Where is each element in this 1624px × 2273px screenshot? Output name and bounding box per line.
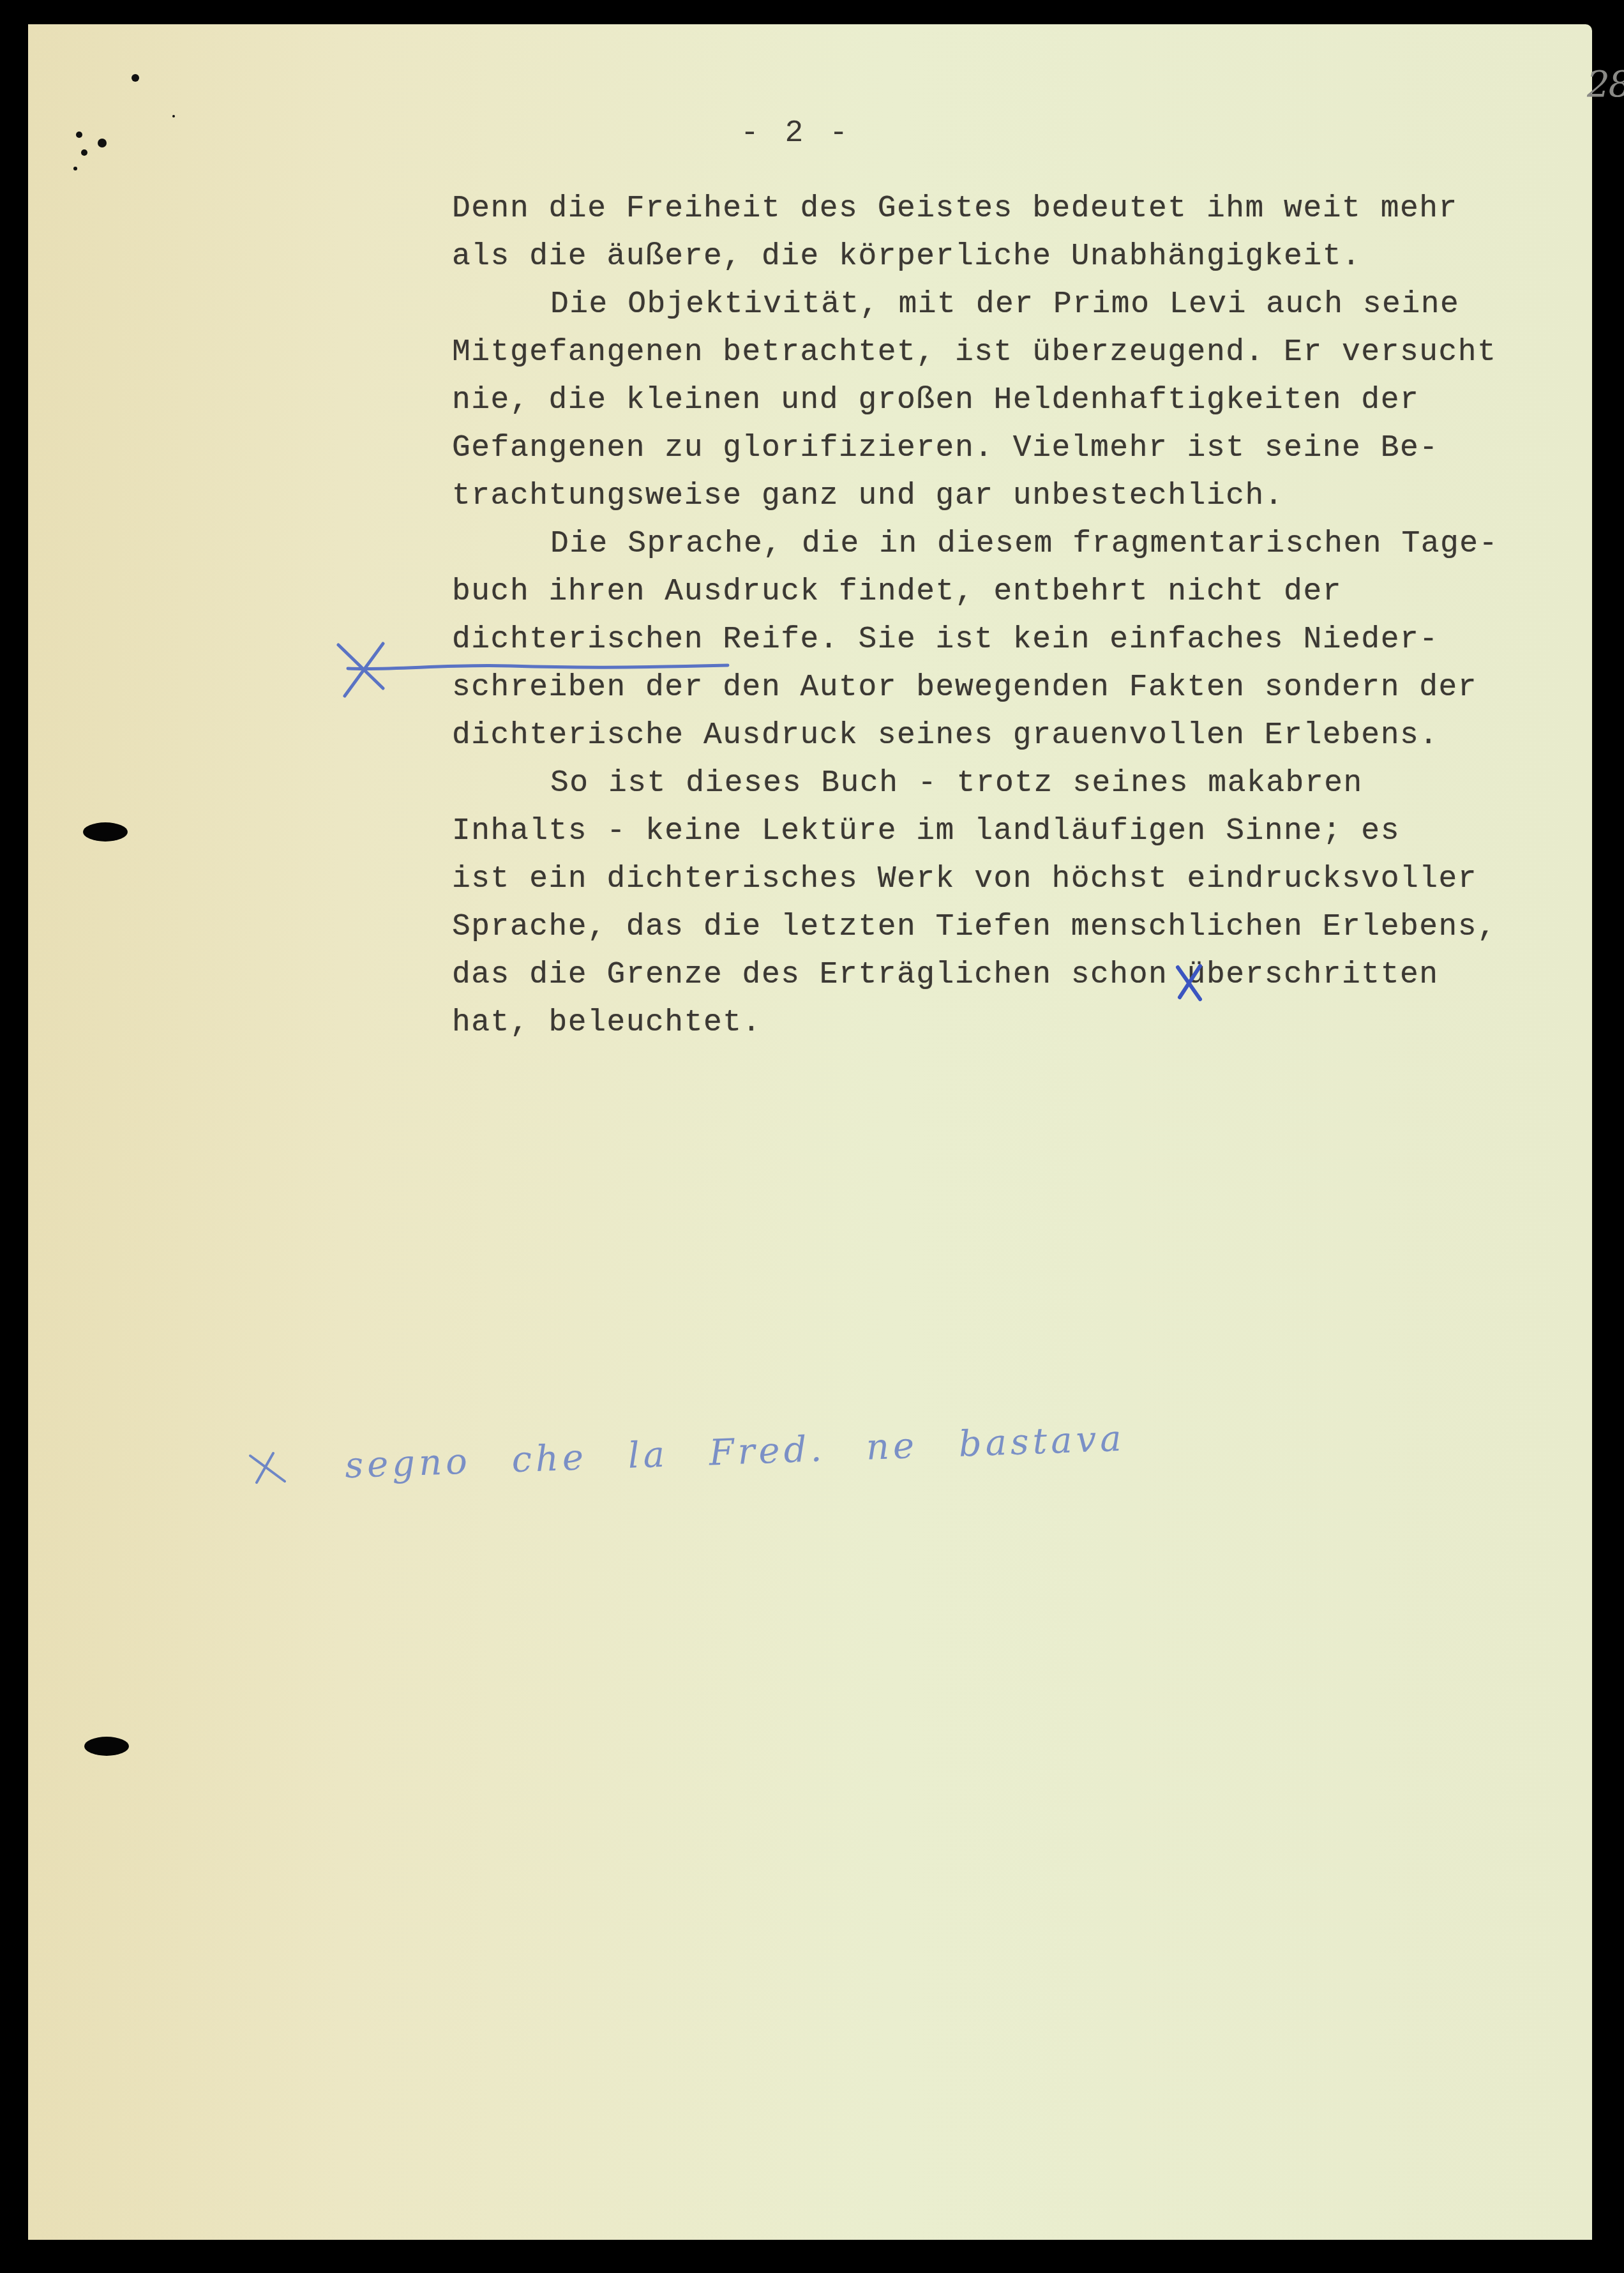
insertion-x-mark-icon: [1178, 966, 1200, 999]
underline-mark: [348, 665, 728, 669]
footnote-x-mark-icon: [250, 1453, 285, 1483]
ink-annotations: [0, 0, 1624, 2273]
